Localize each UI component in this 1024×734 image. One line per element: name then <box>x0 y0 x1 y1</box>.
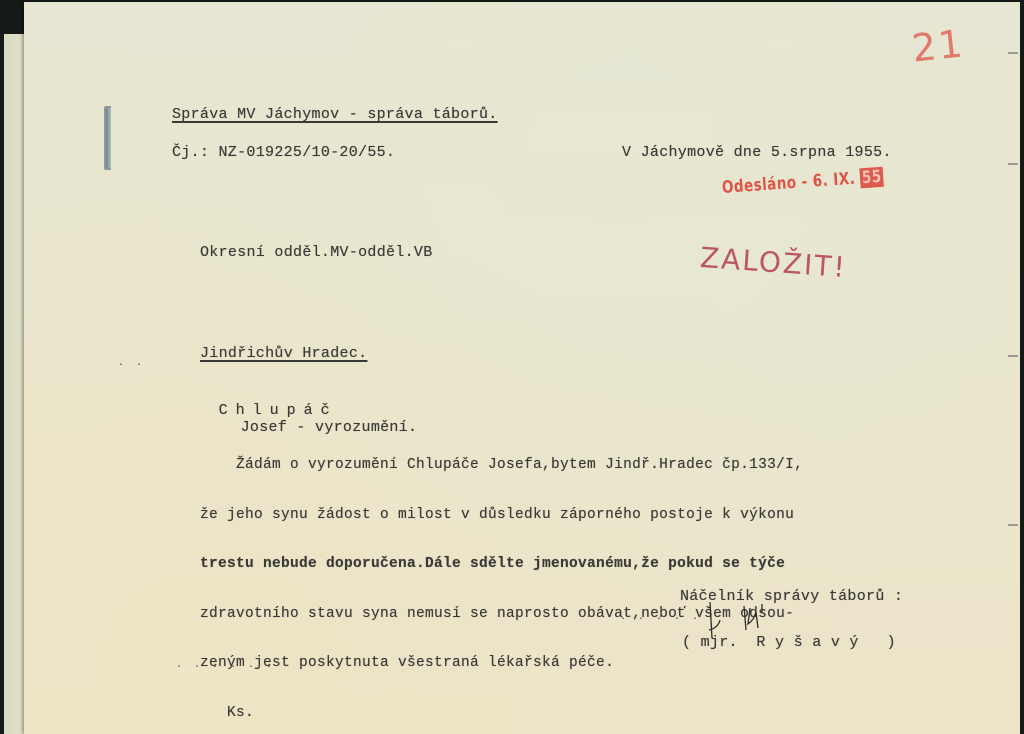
speckle: . . . . . . <box>176 660 275 671</box>
body-line: Ks. <box>200 705 803 722</box>
reference-number: Čj.: NZ-019225/10-20/55. <box>172 144 395 161</box>
speckle: . . . . . <box>620 612 701 623</box>
body-line: že jeho synu žádost o milost v důsledku … <box>200 507 803 524</box>
letter-body: Žádám o vyrozumění Chlupáče Josefa,bytem… <box>200 424 803 734</box>
page-edge-mark <box>1008 355 1018 357</box>
issuer-heading: Správa MV Jáchymov - správa táborů. <box>172 106 498 123</box>
place-date: V Jáchymově dne 5.srpna 1955. <box>622 144 892 161</box>
body-line: trestu nebude doporučena.Dále sdělte jme… <box>200 556 803 573</box>
body-line: Žádám o vyrozumění Chlupáče Josefa,bytem… <box>200 457 803 474</box>
recipient-city: Jindřichův Hradec. <box>200 345 367 362</box>
handwritten-signature-icon <box>700 600 780 640</box>
sent-stamp-year: 55 <box>860 167 884 189</box>
subject-surname: Chlupáč <box>219 402 338 419</box>
page-edge-mark <box>1008 163 1018 165</box>
recipient-office: Okresní odděl.MV-odděl.VB <box>200 244 433 261</box>
page-number-annotation: 21 <box>910 21 967 70</box>
body-line: zeným jest poskytnuta všestraná lékařská… <box>200 655 803 672</box>
sent-stamp-date: - 6. IX. <box>801 169 856 193</box>
page-edge-mark <box>1008 524 1018 526</box>
staple-icon <box>104 106 111 170</box>
page-edge-mark <box>1008 52 1018 54</box>
speckle: . . <box>118 358 145 369</box>
